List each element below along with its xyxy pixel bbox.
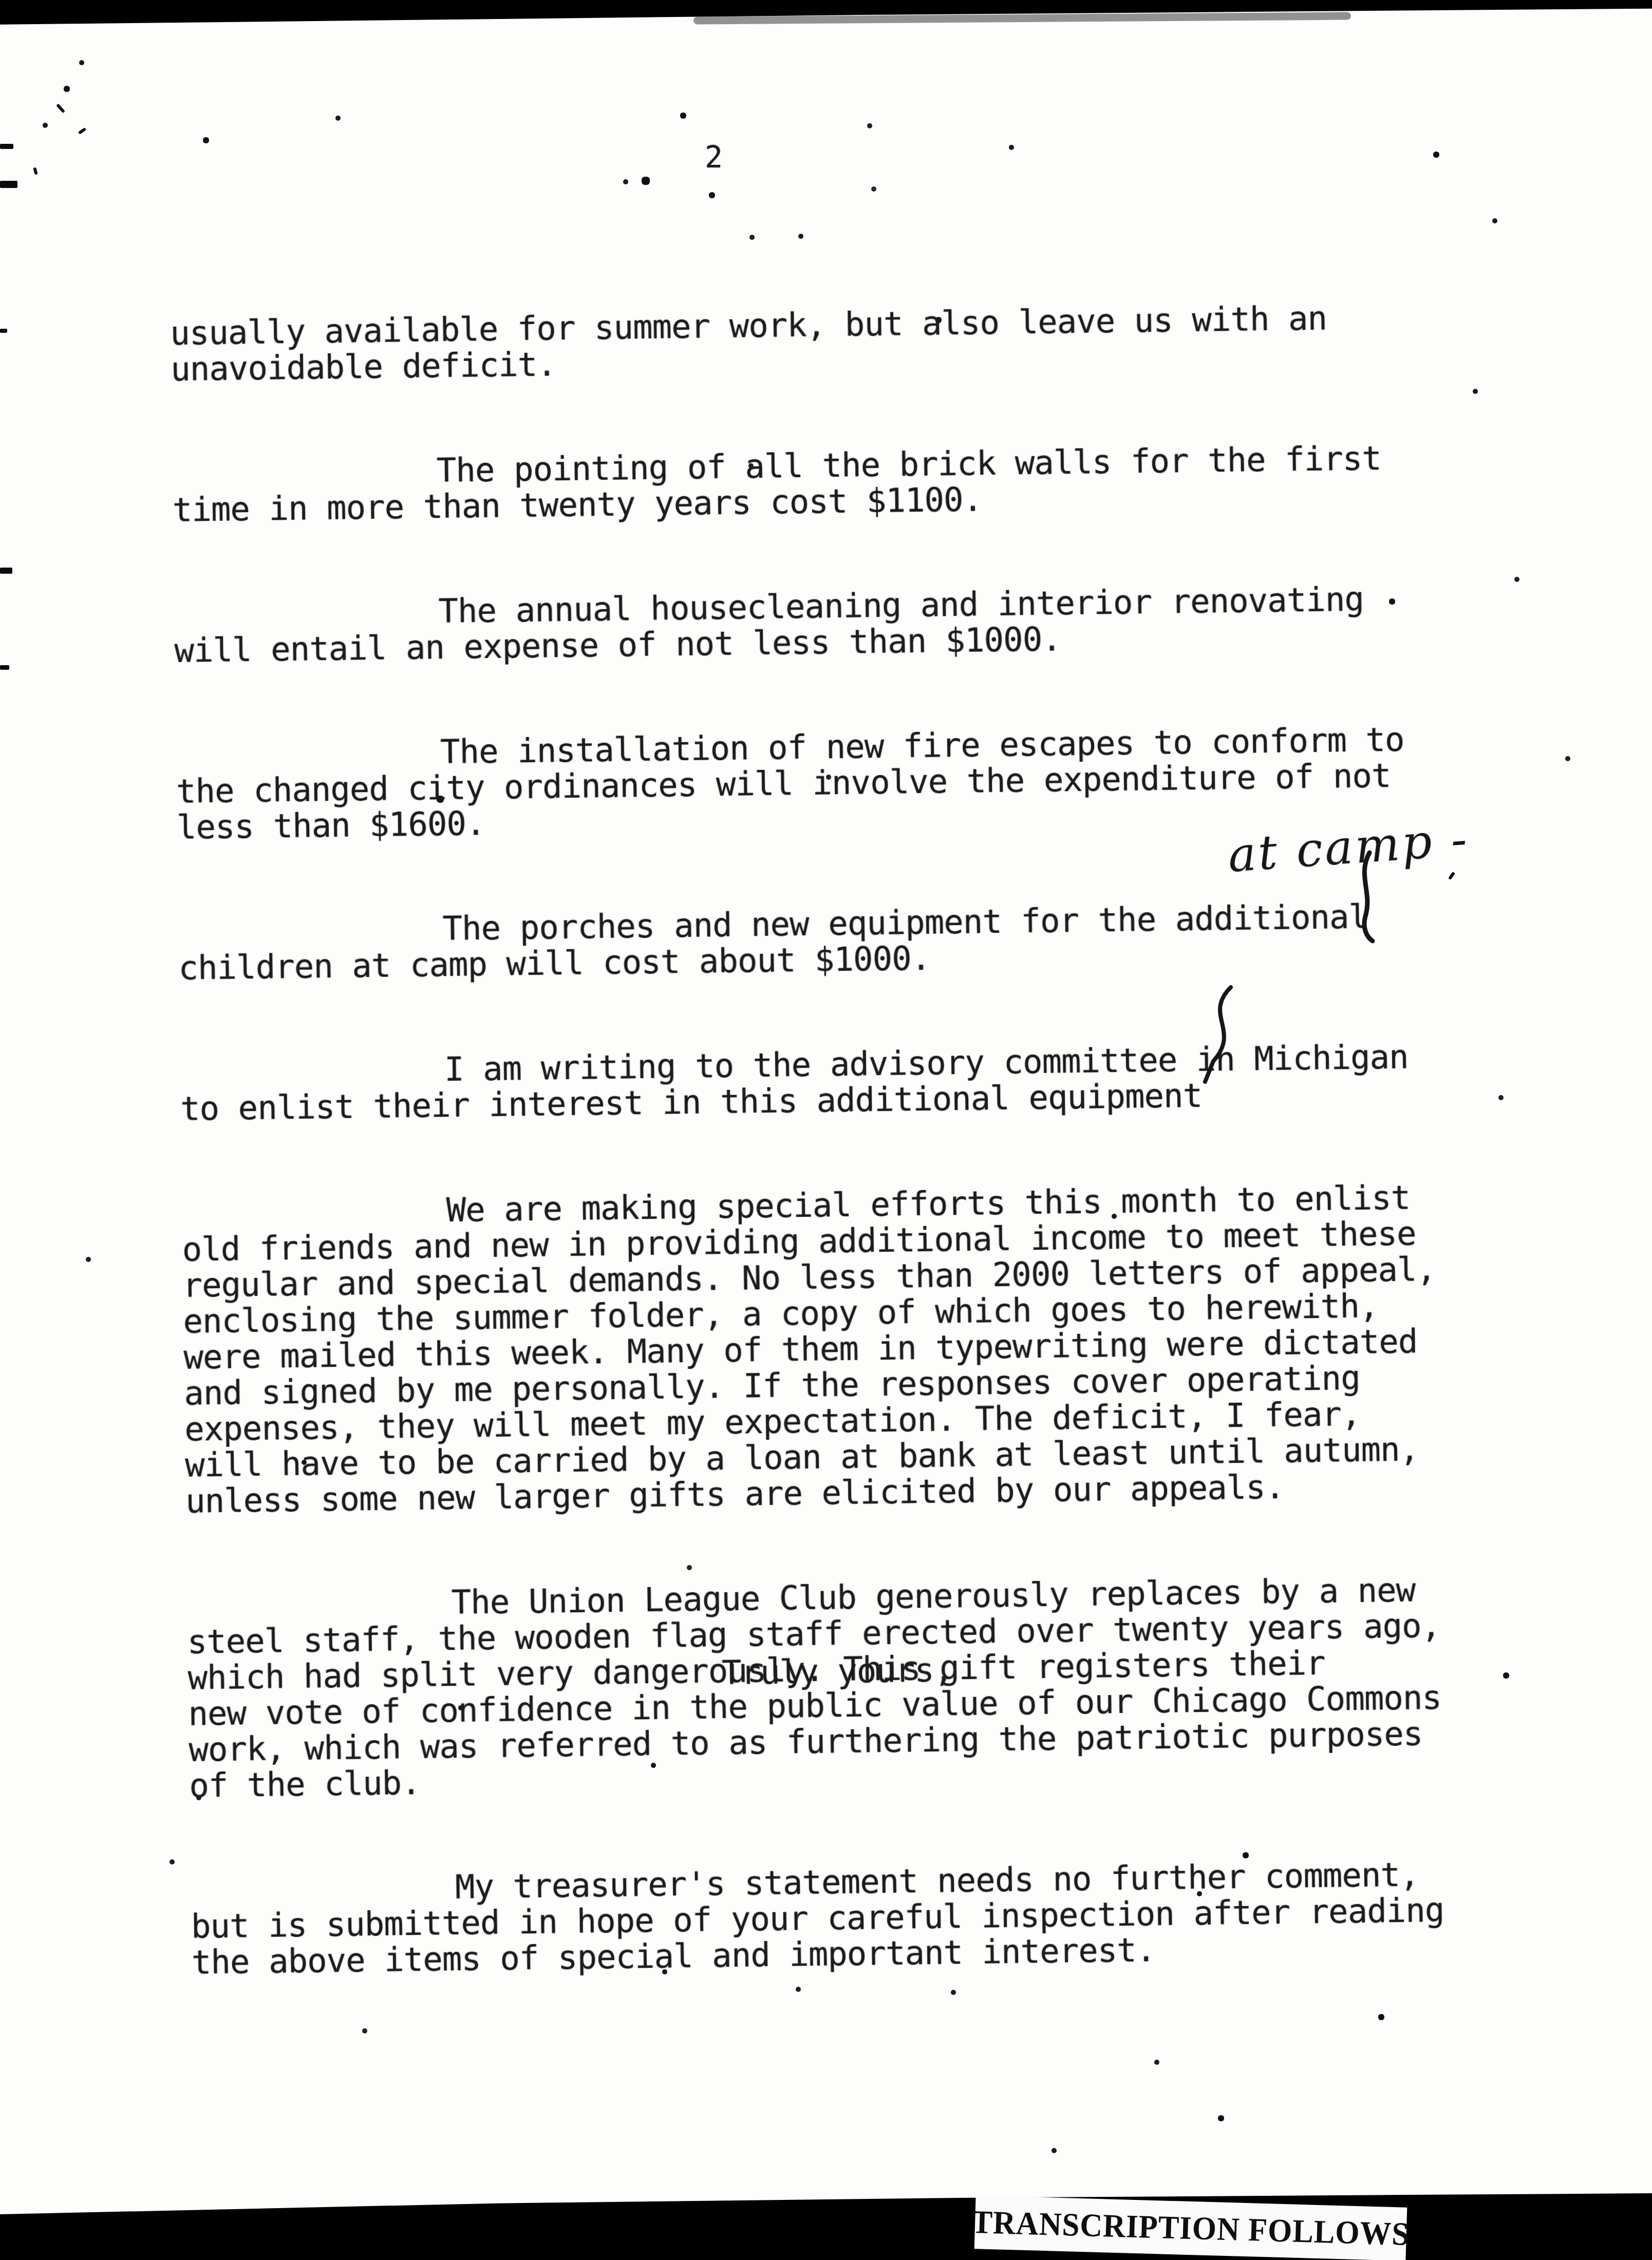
paragraph-porches: The porches and new equipment for the ad… [178, 897, 1545, 987]
letter-body: usually available for summer work, but a… [170, 262, 1559, 2050]
paragraph-appeal-letters: We are making special efforts this month… [181, 1178, 1552, 1520]
scan-tick-mark [33, 167, 37, 175]
paragraph-deficit: usually available for summer work, but a… [170, 298, 1537, 388]
paragraph-advisory: I am writing to the advisory committee i… [180, 1038, 1547, 1127]
scan-tick-mark [78, 127, 87, 135]
page-number: 2 [705, 140, 723, 175]
scan-edge-mark [0, 181, 17, 188]
paragraph-housecleaning: The annual housecleaning and interior re… [174, 579, 1541, 669]
scanned-letter-page: 2 usually available for summer work, but… [0, 0, 1652, 2260]
scan-edge-mark [0, 144, 13, 149]
closing-salutation: Truly yours, [722, 1651, 953, 1692]
paragraph-treasurer: My treasurer's statement needs no furthe… [191, 1855, 1559, 1981]
paragraph-brick-walls: The pointing of all the brick walls for … [172, 439, 1540, 529]
scan-edge-mark [0, 568, 12, 574]
scan-tick-mark [56, 104, 65, 114]
transcription-stamp-label: TRANSCRIPTION FOLLOWS [971, 2203, 1410, 2253]
scan-edge-mark [0, 329, 7, 333]
scan-edge-mark [0, 665, 9, 670]
